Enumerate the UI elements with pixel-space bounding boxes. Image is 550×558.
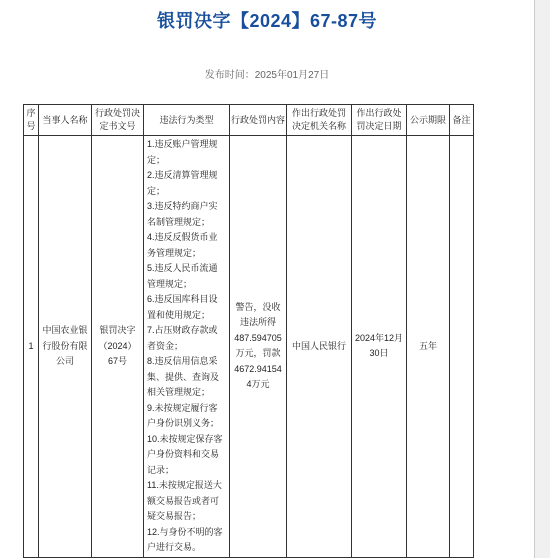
violation-item: 10.未按规定保存客户身份资料和交易记录； bbox=[147, 432, 226, 479]
violation-item: 9.未按规定履行客户身份识别义务； bbox=[147, 401, 226, 432]
violation-item: 11.未按规定报送大额交易报告或者可疑交易报告； bbox=[147, 478, 226, 525]
publish-date: 发布时间：2025年01月27日 bbox=[0, 66, 534, 81]
cell-violations: 1.违反账户管理规定；2.违反清算管理规定；3.违反特约商户实名制管理规定；4.… bbox=[144, 136, 230, 558]
violation-item: 3.违反特约商户实名制管理规定； bbox=[147, 199, 226, 230]
penalty-table: 序号 当事人名称 行政处罚决定书文号 违法行为类型 行政处罚内容 作出行政处罚决… bbox=[23, 104, 474, 558]
header-remarks: 备注 bbox=[450, 105, 474, 136]
header-party-name: 当事人名称 bbox=[39, 105, 92, 136]
cell-party-name: 中国农业银行股份有限公司 bbox=[39, 136, 92, 558]
violation-item: 5.违反人民币流通管理规定； bbox=[147, 261, 226, 292]
violation-item: 2.违反清算管理规定； bbox=[147, 168, 226, 199]
publish-date-label: 发布时间： bbox=[205, 70, 255, 81]
cell-penalty-content: 警告，没收违法所得487.594705万元，罚款4672.941544万元 bbox=[230, 136, 287, 558]
violation-item: 4.违反反假货币业务管理规定； bbox=[147, 230, 226, 261]
table-header-row: 序号 当事人名称 行政处罚决定书文号 违法行为类型 行政处罚内容 作出行政处罚决… bbox=[24, 105, 474, 136]
header-penalty-content: 行政处罚内容 bbox=[230, 105, 287, 136]
violation-item: 12.与身份不明的客户进行交易。 bbox=[147, 525, 226, 556]
cell-publicity-period: 五年 bbox=[407, 136, 450, 558]
header-publicity-period: 公示期限 bbox=[407, 105, 450, 136]
publish-date-value: 2025年01月27日 bbox=[255, 70, 330, 81]
cell-doc-number: 银罚决字（2024）67号 bbox=[92, 136, 144, 558]
violation-item: 6.违反国库科目设置和使用规定； bbox=[147, 292, 226, 323]
page-title: 银罚决字【2024】67-87号 bbox=[0, 0, 534, 33]
header-violation-type: 违法行为类型 bbox=[144, 105, 230, 136]
table-row: 1 中国农业银行股份有限公司 银罚决字（2024）67号 1.违反账户管理规定；… bbox=[24, 136, 474, 558]
header-decision-date: 作出行政处罚决定日期 bbox=[352, 105, 407, 136]
header-authority: 作出行政处罚决定机关名称 bbox=[287, 105, 352, 136]
page-background-strip bbox=[534, 0, 550, 558]
header-doc-number: 行政处罚决定书文号 bbox=[92, 105, 144, 136]
page-content: 银罚决字【2024】67-87号 发布时间：2025年01月27日 序号 当事人… bbox=[0, 0, 534, 558]
cell-authority: 中国人民银行 bbox=[287, 136, 352, 558]
cell-decision-date: 2024年12月30日 bbox=[352, 136, 407, 558]
cell-remarks bbox=[450, 136, 474, 558]
violation-item: 8.违反信用信息采集、提供、查询及相关管理规定； bbox=[147, 354, 226, 401]
cell-index: 1 bbox=[24, 136, 39, 558]
violation-item: 1.违反账户管理规定； bbox=[147, 137, 226, 168]
violation-item: 7.占压财政存款或者资金； bbox=[147, 323, 226, 354]
header-index: 序号 bbox=[24, 105, 39, 136]
